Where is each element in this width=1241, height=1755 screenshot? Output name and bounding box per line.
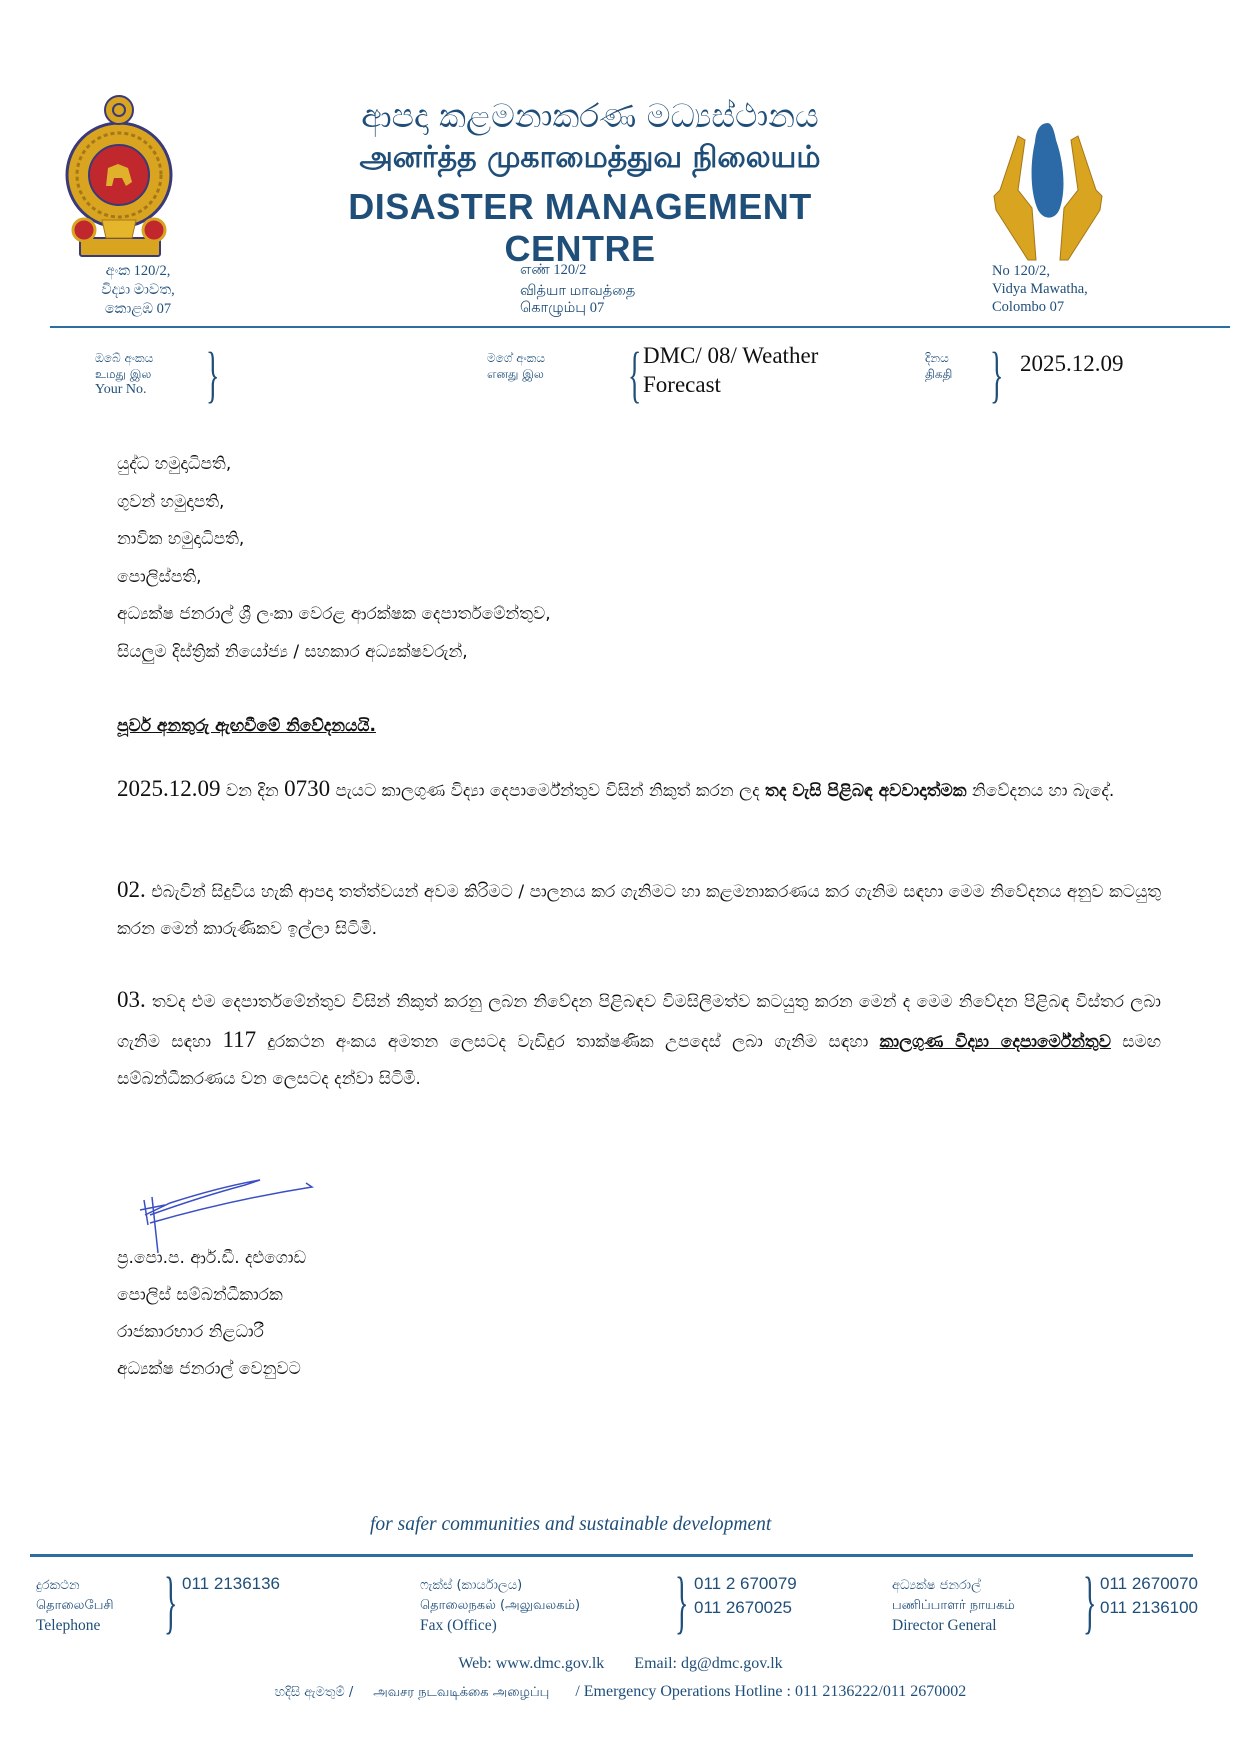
warning-emphasis: තද වැසි පිළිබඳ අවවාදාත්මක: [765, 781, 967, 801]
recipient: යුද්ධ හමුදාධිපති,: [117, 446, 551, 484]
footer-divider: [30, 1554, 1193, 1557]
address-tamil: எண் 120/2 வித்யா மாவத்தை கொழும்பு 07: [520, 262, 635, 317]
your-no-brace: }: [206, 344, 219, 406]
signatory-role: රාජකාරභාර නිළධාරී: [117, 1314, 306, 1351]
recipient: නාවික හමුදාධිපති,: [117, 521, 551, 559]
recipient: සියලුම දිස්ත්‍රික් නියෝජ්‍ය / සහකාර අධ්‍…: [117, 634, 551, 672]
telephone-brace: }: [164, 1568, 177, 1638]
fax-brace: }: [675, 1568, 688, 1638]
paragraph-3: 03. තවද එම දෙපාර්තමේන්තුව විසින් නිකුත් …: [117, 981, 1161, 1098]
recipient: ගුවන් හමුදාපති,: [117, 484, 551, 522]
website-link[interactable]: Web: www.dmc.gov.lk: [458, 1655, 604, 1672]
address-sinhala: අංක 120/2, විද්‍යා මාවත, කොළඹ 07: [78, 262, 198, 319]
recipient: අධ්‍යක්ෂ ජනරාල් ශ්‍රී ලංකා වෙරළ ආරක්ෂක ද…: [117, 596, 551, 634]
signatory-name: ප්‍ර.පො.ප. ආර්.ඩී. දළුගොඩ: [117, 1240, 306, 1277]
my-no-brace: {: [628, 344, 641, 406]
date-value: 2025.12.09: [1020, 349, 1124, 378]
telephone-label: දුරකථන தொலைபேசி Telephone: [36, 1576, 114, 1636]
dmc-logo: [990, 118, 1105, 263]
email-link[interactable]: Email: dg@dmc.gov.lk: [634, 1655, 782, 1672]
signatory-title: පොලිස් සම්බන්ධීකාරක: [117, 1277, 306, 1314]
fax-numbers: 011 2 670079 011 2670025: [694, 1572, 797, 1620]
footer-hotline: හදිසි ඇමතුම් / அவசர நடவடிக்கை அழைப்பு / …: [0, 1683, 1241, 1701]
title-tamil: அனர்த்த முகாமைத்துவ நிலையம்: [280, 140, 900, 179]
signatory-capacity: අධ්‍යක්ෂ ජනරාල් වෙනුවට: [117, 1351, 306, 1388]
telephone-numbers: 011 2136136: [182, 1572, 280, 1596]
subject-heading: පූර්ව අනතුරු ඇඟවීමේ නිවේදනයයි.: [117, 716, 376, 736]
your-no-label: ඔබේ අංකය உமது இல Your No.: [95, 350, 153, 398]
my-no-label: මගේ අංකය எனது இல: [487, 350, 545, 382]
recipient: පොලිස්පති,: [117, 559, 551, 597]
paragraph-1: 2025.12.09 වන දින 0730 පැයට කාලගුණ විද්‍…: [117, 770, 1161, 810]
director-general-numbers: 011 2670070 011 2136100: [1100, 1572, 1198, 1620]
title-sinhala: ආපදා කළමනාකරණ මධ්‍යස්ථානය: [300, 96, 880, 136]
emergency-hotline[interactable]: / Emergency Operations Hotline : 011 213…: [575, 1683, 966, 1700]
date-brace: }: [990, 344, 1003, 406]
sri-lanka-emblem-logo: [62, 90, 177, 260]
header-divider: [50, 326, 1230, 328]
recipient-list: යුද්ධ හමුදාධිපති, ගුවන් හමුදාපති, නාවික …: [117, 446, 551, 671]
address-english: No 120/2, Vidya Mawatha, Colombo 07: [992, 262, 1088, 316]
fax-label: ෆැක්ස් (කාර්යාලය) தொலைநகல் (அலுவலகம்) Fa…: [420, 1576, 580, 1636]
met-department-link: කාලගුණ විද්‍යා දෙපාර්මේන්තුව: [880, 1032, 1111, 1052]
paragraph-2: 02. එබැවින් සිදුවිය හැකි ආපදා තත්ත්වයන් …: [117, 871, 1161, 948]
signatory-block: ප්‍ර.පො.ප. ආර්.ඩී. දළුගොඩ පොලිස් සම්බන්ධ…: [117, 1240, 306, 1388]
footer-web-email: Web: www.dmc.gov.lk Email: dg@dmc.gov.lk: [0, 1655, 1241, 1673]
date-label: දිනය திகதி: [925, 350, 952, 382]
title-english: DISASTER MANAGEMENT CENTRE: [270, 186, 890, 270]
my-no-value: DMC/ 08/ Weather Forecast: [643, 341, 818, 399]
director-general-brace: }: [1083, 1568, 1096, 1638]
director-general-label: අධ්‍යක්ෂ ජනරාල් பணிப்பாளர் நாயகம் Direct…: [892, 1576, 1015, 1636]
footer-slogan: for safer communities and sustainable de…: [370, 1514, 771, 1536]
